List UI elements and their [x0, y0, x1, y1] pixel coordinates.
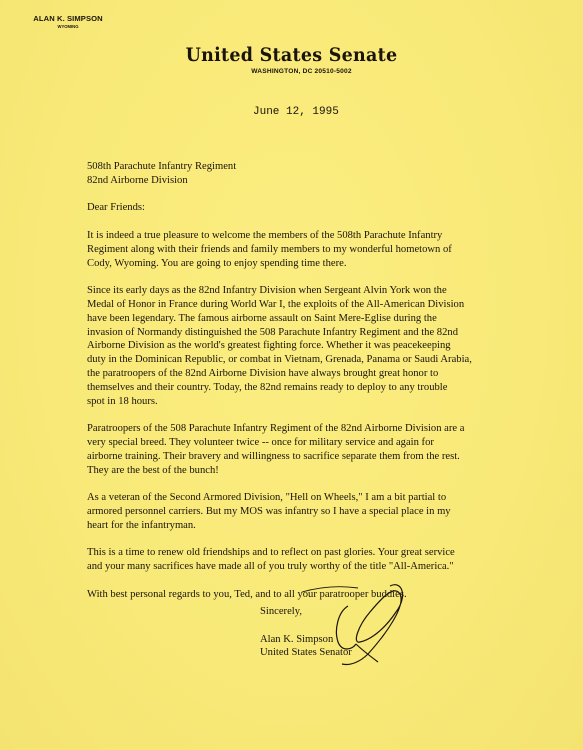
- body-line: They are the best of the bunch!: [87, 464, 547, 478]
- recipient-block: 508th Parachute Infantry Regiment 82nd A…: [87, 160, 547, 188]
- body-line: armored personnel carriers. But my MOS w…: [87, 505, 547, 519]
- body-line: and your many sacrifices have made all o…: [87, 560, 547, 574]
- body-line: This is a time to renew old friendships …: [87, 546, 547, 560]
- body-line: Medal of Honor in France during World Wa…: [87, 298, 547, 312]
- signature-mark: [300, 578, 410, 670]
- body-line: heart for the infantryman.: [87, 519, 547, 533]
- body-line: very special breed. They volunteer twice…: [87, 436, 547, 450]
- letterhead: United States Senate WASHINGTON, DC 2051…: [0, 44, 583, 75]
- body-paragraph: Paratroopers of the 508 Parachute Infant…: [87, 422, 547, 477]
- body-line: It is indeed a true pleasure to welcome …: [87, 229, 547, 243]
- body-line: spot in 18 hours.: [87, 395, 547, 409]
- body-line: Cody, Wyoming. You are going to enjoy sp…: [87, 257, 547, 271]
- body-line: Since its early days as the 82nd Infantr…: [87, 284, 547, 298]
- body-line: have been legendary. The famous airborne…: [87, 312, 547, 326]
- letter-body: 508th Parachute Infantry Regiment 82nd A…: [87, 160, 547, 615]
- body-line: As a veteran of the Second Armored Divis…: [87, 491, 547, 505]
- body-line: invasion of Normandy distinguished the 5…: [87, 326, 547, 340]
- body-line: Paratroopers of the 508 Parachute Infant…: [87, 422, 547, 436]
- body-line: the paratroopers of the 82nd Airborne Di…: [87, 367, 547, 381]
- paragraphs: It is indeed a true pleasure to welcome …: [87, 229, 547, 602]
- sender-block: ALAN K. SIMPSON WYOMING: [33, 14, 103, 29]
- body-paragraph: It is indeed a true pleasure to welcome …: [87, 229, 547, 270]
- sender-state: WYOMING: [33, 24, 103, 29]
- body-paragraph: As a veteran of the Second Armored Divis…: [87, 491, 547, 532]
- recipient-line: 508th Parachute Infantry Regiment: [87, 160, 547, 174]
- recipient-line: 82nd Airborne Division: [87, 174, 547, 188]
- institution-address: WASHINGTON, DC 20510-5002: [20, 68, 583, 75]
- body-paragraph: This is a time to renew old friendships …: [87, 546, 547, 574]
- body-line: duty in the Dominican Republic, or comba…: [87, 353, 547, 367]
- letter-date: June 12, 1995: [253, 106, 339, 118]
- institution-name: United States Senate: [23, 44, 559, 66]
- letter-page: ALAN K. SIMPSON WYOMING United States Se…: [0, 0, 583, 750]
- sender-name: ALAN K. SIMPSON: [33, 14, 103, 23]
- body-line: Regiment along with their friends and fa…: [87, 243, 547, 257]
- body-line: airborne training. Their bravery and wil…: [87, 450, 547, 464]
- body-line: themselves and their country. Today, the…: [87, 381, 547, 395]
- salutation: Dear Friends:: [87, 201, 547, 215]
- body-paragraph: Since its early days as the 82nd Infantr…: [87, 284, 547, 408]
- body-line: Airborne Division as the world's greates…: [87, 339, 547, 353]
